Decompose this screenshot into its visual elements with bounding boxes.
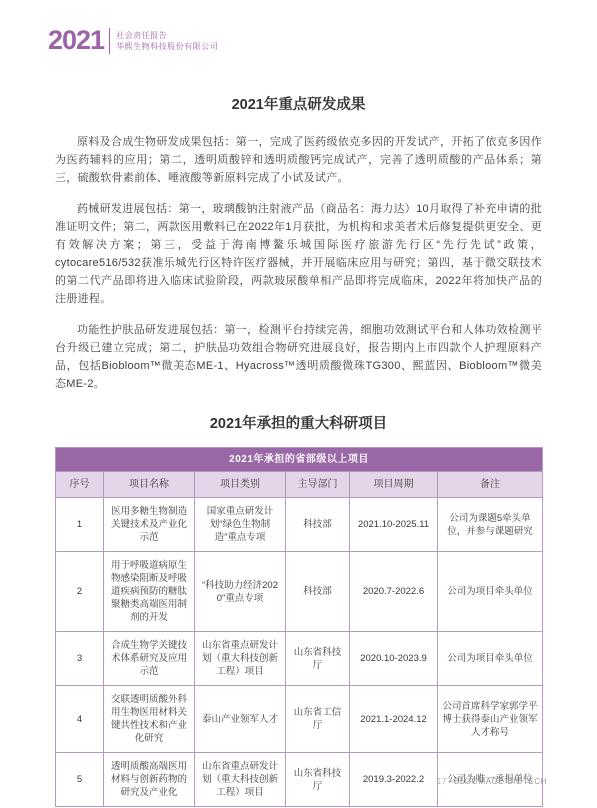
section-title-rd-achievements: 2021年重点研发成果 — [55, 96, 542, 114]
cell-no: 1 — [56, 498, 104, 552]
page-number: 17 — [437, 777, 447, 786]
table-header-row: 序号 项目名称 项目类别 主导部门 项目周期 备注 — [56, 472, 543, 498]
cell-category: 泰山产业领军人才 — [195, 686, 286, 753]
report-page: 2021 社会责任报告 华熙生物科技股份有限公司 2021年重点研发成果 原料及… — [0, 0, 597, 808]
header-company-name: 华熙生物科技股份有限公司 — [116, 41, 218, 52]
cell-no: 5 — [56, 753, 104, 807]
cell-no: 2 — [56, 552, 104, 632]
cell-project-name: 交联透明质酸外科用生物医用材料关键共性技术和产业化研究 — [104, 686, 195, 753]
col-header-name: 项目名称 — [104, 472, 195, 498]
col-header-category: 项目类别 — [195, 472, 286, 498]
cell-no: 4 — [56, 686, 104, 753]
col-header-no: 序号 — [56, 472, 104, 498]
cell-note: 公司为项目牵头单位 — [438, 632, 543, 686]
table-caption-row: 2021年承担的省部级以上项目 — [56, 448, 543, 472]
col-header-period: 项目周期 — [350, 472, 438, 498]
cell-period: 2019.3-2022.2 — [350, 753, 438, 807]
cell-project-name: 医用多糖生物制造关键技术及产业化示范 — [104, 498, 195, 552]
table-row: 3 合成生物学关键技术体系研究及应用示范 山东省重点研发计划（重大科技创新工程）… — [56, 632, 543, 686]
col-header-department: 主导部门 — [286, 472, 350, 498]
cell-no: 3 — [56, 632, 104, 686]
page-content: 2021年重点研发成果 原料及合成生物研发成果包括：第一，完成了医药级依克多因的… — [0, 96, 597, 807]
cell-department: 科技部 — [286, 498, 350, 552]
header-year: 2021 — [48, 27, 104, 54]
cell-category: “科技助力经济2020”重点专项 — [195, 552, 286, 632]
page-header: 2021 社会责任报告 华熙生物科技股份有限公司 — [48, 27, 218, 54]
cell-period: 2021.1-2024.12 — [350, 686, 438, 753]
header-divider — [109, 28, 110, 54]
cell-department: 科技部 — [286, 552, 350, 632]
cell-project-name: 合成生物学关键技术体系研究及应用示范 — [104, 632, 195, 686]
cell-period: 2020.10-2023.9 — [350, 632, 438, 686]
header-report-title: 社会责任报告 — [116, 30, 218, 41]
table-caption: 2021年承担的省部级以上项目 — [56, 448, 543, 472]
cell-note: 公司为课题5牵头单位，并参与课题研究 — [438, 498, 543, 552]
cell-note: 公司为项目牵头单位 — [438, 552, 543, 632]
cell-project-name: 用于呼吸道病原生物感染阻断及呼吸道疾病预防的糖肽聚糖类高端医用制剂的开发 — [104, 552, 195, 632]
cell-category: 山东省重点研发计划（重大科技创新工程）项目 — [195, 632, 286, 686]
cell-period: 2020.7-2022.6 — [350, 552, 438, 632]
table-row: 4 交联透明质酸外科用生物医用材料关键共性技术和产业化研究 泰山产业领军人才 山… — [56, 686, 543, 753]
cell-category: 国家重点研发计划“绿色生物制造”重点专项 — [195, 498, 286, 552]
cell-department: 山东省科技厅 — [286, 753, 350, 807]
cell-note: 公司首席科学家郭学平博士获得泰山产业领军人才称号 — [438, 686, 543, 753]
paragraph-skincare: 功能性护肤品研发进展包括：第一，检测平台持续完善，细胞功效测试平台和人体功效检测… — [55, 321, 542, 393]
footer-brand: BLOOMAGE BIOTECH — [454, 777, 547, 786]
page-footer: 17BLOOMAGE BIOTECH — [437, 777, 547, 786]
paragraph-raw-materials: 原料及合成生物研发成果包括：第一，完成了医药级依克多因的开发试产，开拓了依克多因… — [55, 133, 542, 187]
cell-category: 山东省重点研发计划（重大科技创新工程）项目 — [195, 753, 286, 807]
projects-table: 2021年承担的省部级以上项目 序号 项目名称 项目类别 主导部门 项目周期 备… — [55, 447, 543, 807]
col-header-note: 备注 — [438, 472, 543, 498]
table-row: 2 用于呼吸道病原生物感染阻断及呼吸道疾病预防的糖肽聚糖类高端医用制剂的开发 “… — [56, 552, 543, 632]
header-subtitle-block: 社会责任报告 华熙生物科技股份有限公司 — [116, 30, 218, 52]
table-row: 1 医用多糖生物制造关键技术及产业化示范 国家重点研发计划“绿色生物制造”重点专… — [56, 498, 543, 552]
cell-project-name: 透明质酸高端医用材料与创新药物的研究及产业化 — [104, 753, 195, 807]
cell-period: 2021.10-2025.11 — [350, 498, 438, 552]
paragraph-medical-devices: 药械研发进展包括：第一，玻璃酸钠注射液产品（商品名：海力达）10月取得了补充申请… — [55, 200, 542, 308]
cell-department: 山东省科技厅 — [286, 632, 350, 686]
section-title-major-projects: 2021年承担的重大科研项目 — [55, 415, 542, 433]
cell-department: 山东省工信厅 — [286, 686, 350, 753]
